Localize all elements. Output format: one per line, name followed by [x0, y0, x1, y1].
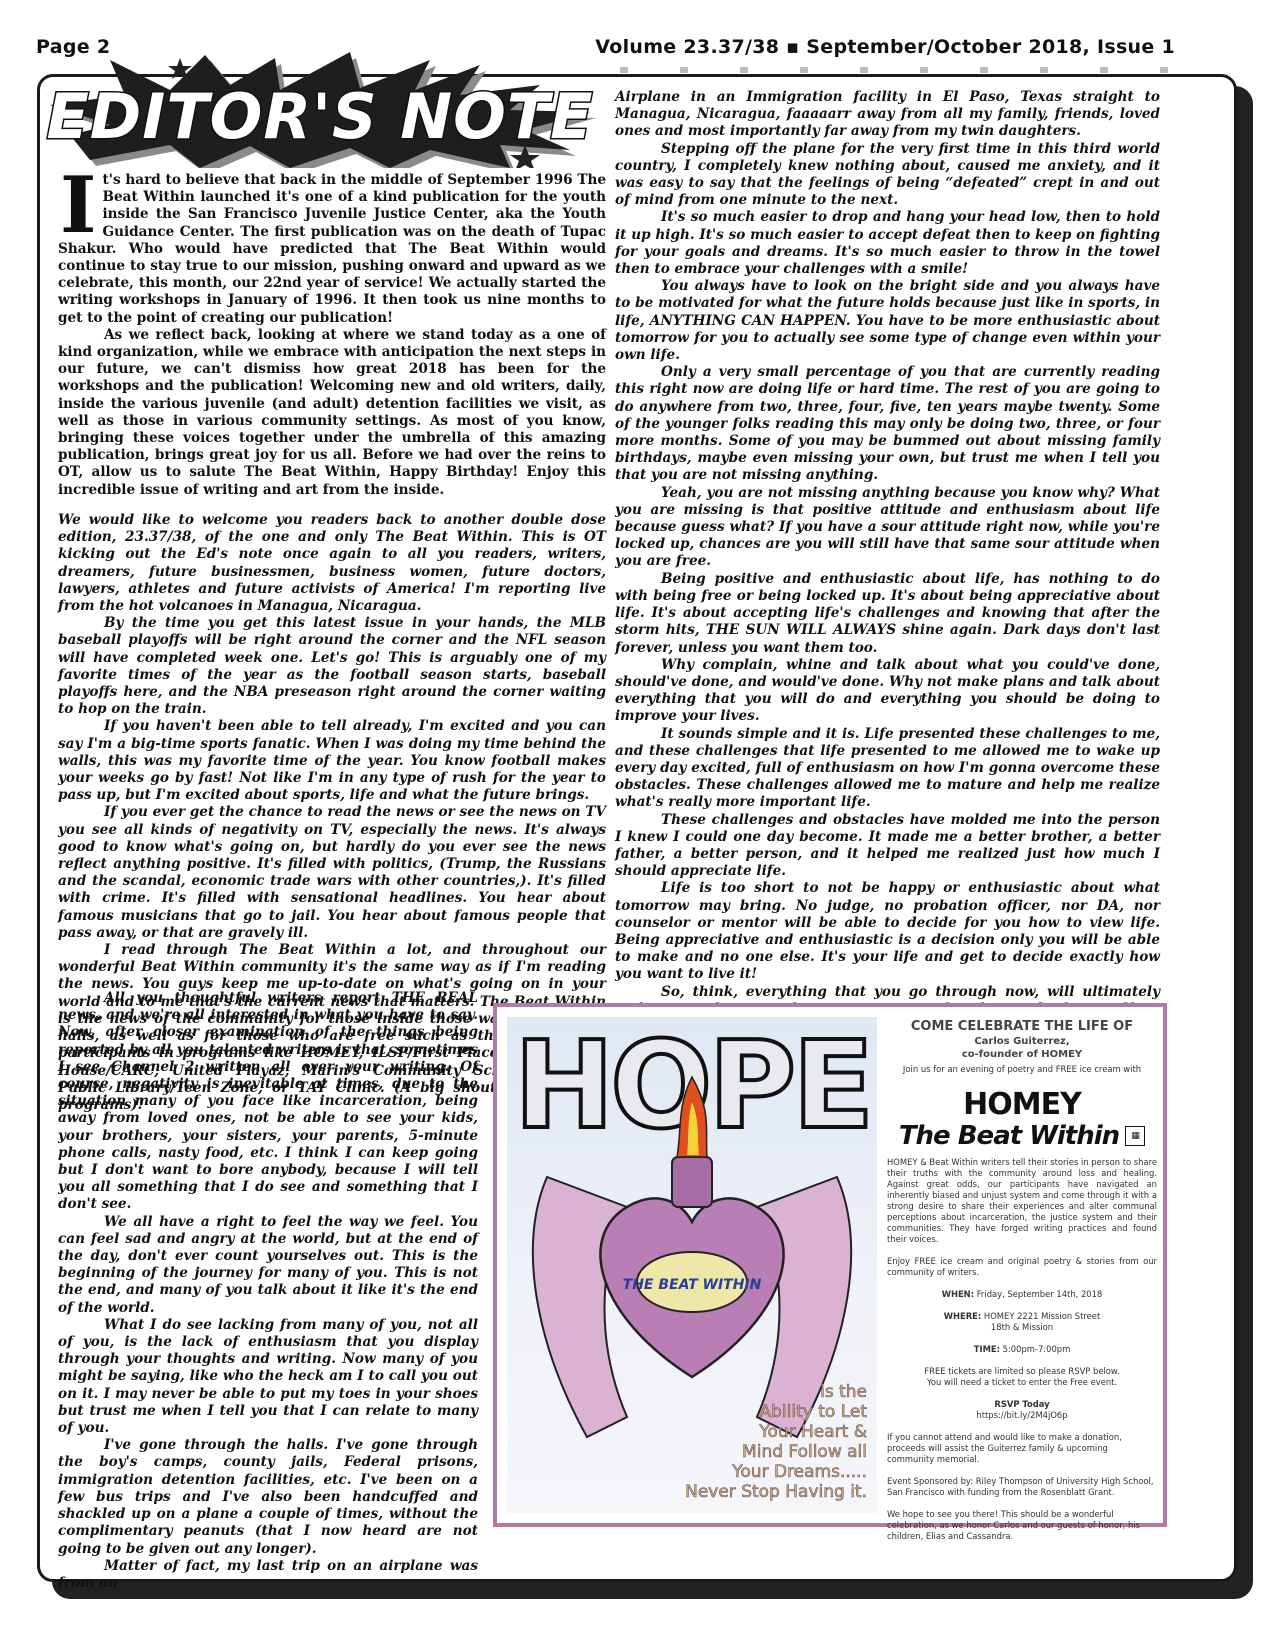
when-label: WHEN: — [942, 1289, 974, 1299]
ot-note-continued: All you thoughtful writers report THE RE… — [58, 990, 478, 1592]
rsvp: RSVP Todayhttps://bit.ly/2M4jO6p — [887, 1399, 1157, 1421]
memorial-event-ad: HOPE THE BEAT WITHIN is the Ability to L… — [493, 1003, 1167, 1527]
article-paragraph: We all have a right to feel the way we f… — [58, 1214, 478, 1317]
article-paragraph: By the time you get this latest issue in… — [58, 615, 606, 718]
article-paragraph: Stepping off the plane for the very firs… — [615, 141, 1160, 210]
beat-within-logo-text: The Beat Within — [899, 1121, 1119, 1151]
hope-artwork: HOPE THE BEAT WITHIN is the Ability to L… — [507, 1017, 877, 1513]
event-when: WHEN: Friday, September 14th, 2018 — [887, 1289, 1157, 1300]
drop-cap: I — [60, 174, 97, 238]
svg-text:Never Stop Having it.: Never Stop Having it. — [685, 1482, 867, 1502]
issue-info: Volume 23.37/38 ▪ September/October 2018… — [595, 36, 1175, 58]
article-paragraph: Matter of fact, my last trip on an airpl… — [58, 1558, 478, 1592]
ad-text: COME CELEBRATE THE LIFE OF Carlos Guiter… — [887, 1019, 1157, 1542]
closing-note: We hope to see you there! This should be… — [887, 1509, 1157, 1542]
article-paragraph: These challenges and obstacles have mold… — [615, 812, 1160, 881]
intro-paragraph: t's hard to believe that back in the mid… — [58, 172, 606, 326]
svg-text:is the: is the — [820, 1382, 867, 1402]
article-paragraph: We would like to welcome you readers bac… — [58, 512, 606, 615]
article-paragraph: Only a very small percentage of you that… — [615, 364, 1160, 484]
svg-text:Your Heart &: Your Heart & — [758, 1422, 867, 1442]
article-paragraph: What I do see lacking from many of you, … — [58, 1317, 478, 1437]
ticket-note: FREE tickets are limited so please RSVP … — [924, 1366, 1119, 1376]
article-paragraph: It sounds simple and it is. Life present… — [615, 726, 1160, 812]
time-label: TIME: — [974, 1344, 1000, 1354]
article-paragraph: Life is too short to not be happy or ent… — [615, 880, 1160, 983]
svg-text:Mind Follow all: Mind Follow all — [742, 1442, 867, 1462]
article-paragraph: Yeah, you are not missing anything becau… — [615, 485, 1160, 571]
intro-paragraph: As we reflect back, looking at where we … — [58, 327, 606, 499]
editors-note-banner: EDITOR'S NOTE — [30, 50, 610, 168]
ad-invitation: Join us for an evening of poetry and FRE… — [887, 1064, 1157, 1075]
right-column: Airplane in an Immigration facility in E… — [615, 89, 1160, 1104]
article-paragraph: Being positive and enthusiastic about li… — [615, 571, 1160, 657]
article-paragraph: It's so much easier to drop and hang you… — [615, 209, 1160, 278]
where-value: HOMEY 2221 Mission Street — [984, 1311, 1100, 1321]
svg-text:Ability to Let: Ability to Let — [760, 1402, 868, 1422]
article-paragraph: Airplane in an Immigration facility in E… — [615, 89, 1160, 141]
decorative-dots — [620, 67, 1180, 73]
when-value: Friday, September 14th, 2018 — [977, 1289, 1103, 1299]
article-paragraph: If you ever get the chance to read the n… — [58, 804, 606, 942]
article-paragraph: All you thoughtful writers report THE RE… — [58, 990, 478, 1214]
editor-intro: It's hard to believe that back in the mi… — [58, 172, 606, 499]
ad-description: HOMEY & Beat Within writers tell their s… — [887, 1157, 1157, 1245]
donation-note: If you cannot attend and would like to m… — [887, 1432, 1157, 1465]
rsvp-link[interactable]: https://bit.ly/2M4jO6p — [976, 1410, 1067, 1420]
rsvp-label: RSVP Today — [994, 1399, 1049, 1409]
svg-text:THE BEAT WITHIN: THE BEAT WITHIN — [623, 1277, 762, 1293]
sponsor-note: Event Sponsored by: Riley Thompson of Un… — [887, 1476, 1157, 1498]
honoree-role: co-founder of HOMEY — [887, 1048, 1157, 1061]
event-where: WHERE: HOMEY 2221 Mission Street18th & M… — [887, 1311, 1157, 1333]
where-cross-streets: 18th & Mission — [991, 1322, 1053, 1332]
honoree-name: Carlos Guiterrez, — [887, 1035, 1157, 1048]
ticket-info: FREE tickets are limited so please RSVP … — [887, 1366, 1157, 1388]
time-value: 5:00pm-7:00pm — [1003, 1344, 1071, 1354]
ad-enjoy: Enjoy FREE ice cream and original poetry… — [887, 1256, 1157, 1278]
svg-text:EDITOR'S NOTE: EDITOR'S NOTE — [46, 80, 593, 153]
beat-within-emblem-icon: ▦ — [1125, 1126, 1145, 1146]
event-time: TIME: 5:00pm-7:00pm — [887, 1344, 1157, 1355]
svg-text:Your Dreams.....: Your Dreams..... — [731, 1462, 867, 1482]
ticket-note: You will need a ticket to enter the Free… — [927, 1377, 1117, 1387]
article-paragraph: I've gone through the halls. I've gone t… — [58, 1437, 478, 1557]
where-label: WHERE: — [944, 1311, 982, 1321]
article-paragraph: Why complain, whine and talk about what … — [615, 657, 1160, 726]
beat-within-logo: The Beat Within ▦ — [887, 1121, 1157, 1151]
article-paragraph: You always have to look on the bright si… — [615, 278, 1160, 364]
homey-logo: HOMEY — [887, 1089, 1157, 1121]
ad-title: COME CELEBRATE THE LIFE OF — [887, 1019, 1157, 1035]
article-paragraph: If you haven't been able to tell already… — [58, 718, 606, 804]
